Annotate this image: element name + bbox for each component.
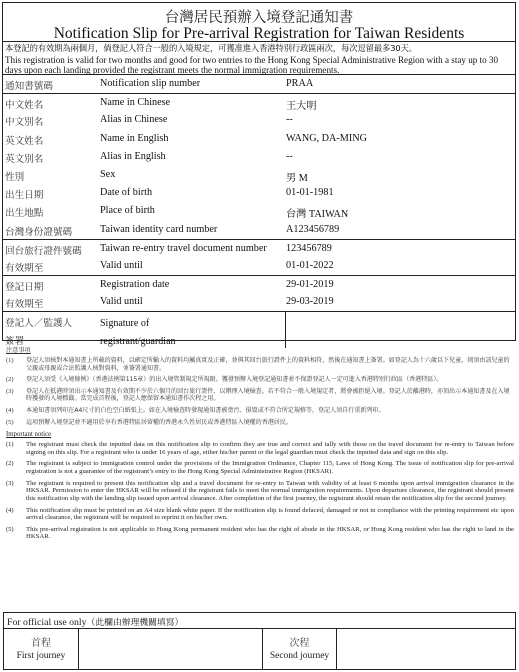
label-zh: 台灣身份證號碼	[5, 224, 72, 238]
label-zh: 回台旅行證件號碼	[5, 243, 82, 257]
label-en: Notification slip number	[100, 78, 200, 89]
first-journey-zh: 首程	[4, 634, 78, 649]
intro-english: This registration is valid for two month…	[5, 55, 513, 75]
note-text: The registrant is subject to immigration…	[26, 460, 514, 474]
row-reentry-document: 回台旅行證件號碼 Taiwan re-entry travel document…	[3, 239, 515, 257]
sex-value: 男 M	[286, 169, 308, 184]
note-item: (5)這項預辦入境登記並不適用於享有香港特區居留權的香港永久性居民或香港特區入境…	[6, 419, 514, 427]
note-number: (5)	[6, 419, 13, 427]
slip-number-value: PRAA	[286, 78, 313, 89]
id-card-value: A123456789	[286, 224, 339, 235]
label-en: Sex	[100, 169, 115, 180]
note-number: (2)	[6, 460, 14, 467]
notes-list-chinese: (1)登記人須核對本通知書上所載的資料，以確定所輸入的資料均屬真實及正確，並與其…	[6, 357, 514, 426]
row-registration-date: 登記日期 Registration date 29-01-2019	[3, 275, 515, 293]
notes-heading-chinese: 注意事項	[6, 345, 514, 354]
row-alias-english: 英文別名 Alias in English --	[3, 148, 515, 166]
note-number: (1)	[6, 357, 13, 365]
note-item: (3)登記人在抵港時須出示本通知書及有效期不少於六個月的回台旅行證件，以辦理入境…	[6, 388, 514, 403]
first-journey-field	[79, 629, 263, 670]
note-number: (5)	[6, 526, 14, 533]
label-en: Date of birth	[100, 187, 152, 198]
validity-intro: 本登記的有效期為兩個月，倘登記人符合一般的入境規定，可獲准進入香港特別行政區兩次…	[3, 41, 515, 75]
label-zh: 出生日期	[5, 187, 43, 201]
official-heading-en: For official use only	[7, 617, 87, 628]
form-title-chinese: 台灣居民預辦入境登記通知書	[3, 6, 515, 27]
first-journey-en: First journey	[4, 651, 78, 661]
label-en: Valid until	[100, 260, 143, 271]
label-en: Taiwan identity card number	[100, 224, 217, 235]
note-number: (4)	[6, 407, 13, 415]
row-date-of-birth: 出生日期 Date of birth 01-01-1981	[3, 184, 515, 202]
note-text: 本通知書須列印在A4尺寸的白色空白紙張上。如在入境檢查時發現通知書被塗污、損毀或…	[26, 407, 384, 414]
note-item: (1)The registrant must check the inputte…	[6, 441, 514, 456]
notes-section: 注意事項 (1)登記人須核對本通知書上所載的資料，以確定所輸入的資料均屬真實及正…	[6, 345, 514, 545]
alias-chinese-value: --	[286, 114, 293, 125]
row-slip-number: 通知書號碼 Notification slip number PRAA	[3, 75, 515, 93]
note-text: 登記人在抵港時須出示本通知書及有效期不少於六個月的回台旅行證件，以辦理入境檢查。…	[26, 388, 510, 403]
label-zh: 英文姓名	[5, 133, 43, 147]
note-item: (2)登記人須受《入境條例》（香港法例第115章）的出入境管制規定所規限。獲發預…	[6, 376, 514, 384]
row-id-card: 台灣身份證號碼 Taiwan identity card number A123…	[3, 221, 515, 239]
intro-chinese: 本登記的有效期為兩個月，倘登記人符合一般的入境規定，可獲准進入香港特別行政區兩次…	[5, 43, 513, 54]
label-en: Alias in Chinese	[100, 114, 167, 125]
first-journey-label: 首程 First journey	[4, 629, 79, 670]
label-zh: 中文姓名	[5, 97, 43, 111]
second-journey-en: Second journey	[263, 651, 336, 661]
note-item: (5)This pre-arrival registration is not …	[6, 526, 514, 541]
note-number: (4)	[6, 507, 14, 514]
row-signature: 登記人／監護人 簽署 Signature of registrant/guard…	[3, 311, 515, 348]
official-heading-zh: （此欄由辦理機關填寫）	[87, 618, 184, 628]
label-zh: 性別	[5, 169, 24, 183]
second-journey-label: 次程 Second journey	[263, 629, 337, 670]
note-text: The registrant is required to present th…	[26, 480, 514, 502]
note-item: (4)本通知書須列印在A4尺寸的白色空白紙張上。如在入境檢查時發現通知書被塗污、…	[6, 407, 514, 415]
note-item: (2)The registrant is subject to immigrat…	[6, 460, 514, 475]
note-item: (1)登記人須核對本通知書上所載的資料，以確定所輸入的資料均屬真實及正確，並與其…	[6, 357, 514, 372]
row-sex: 性別 Sex 男 M	[3, 166, 515, 184]
label-en: Registration date	[100, 279, 169, 290]
row-place-of-birth: 出生地點 Place of birth 台灣 TAIWAN	[3, 202, 515, 220]
reentry-document-value: 123456789	[286, 243, 332, 254]
name-english-value: WANG, DA-MING	[286, 133, 367, 144]
official-use-cells: 首程 First journey 次程 Second journey	[4, 629, 515, 670]
registration-form: 台灣居民預辦入境登記通知書 Notification Slip for Pre-…	[2, 2, 516, 341]
registration-date-value: 29-01-2019	[286, 279, 334, 290]
label-zh: 有效期至	[5, 296, 43, 310]
alias-english-value: --	[286, 151, 293, 162]
signature-field[interactable]	[285, 312, 515, 348]
label-zh: 登記日期	[5, 279, 43, 293]
label-en: Place of birth	[100, 205, 155, 216]
label-en: Taiwan re-entry travel document number	[100, 243, 267, 254]
note-number: (2)	[6, 376, 13, 384]
field-table: 通知書號碼 Notification slip number PRAA 中文姓名…	[3, 75, 515, 348]
label-zh: 中文別名	[5, 114, 43, 128]
notes-list-english: (1)The registrant must check the inputte…	[6, 441, 514, 540]
registration-valid-value: 29-03-2019	[286, 296, 334, 307]
row-name-chinese: 中文姓名 Name in Chinese 王大明	[3, 93, 515, 111]
official-use-box: For official use only（此欄由辦理機關填寫） 首程 Firs…	[3, 612, 516, 670]
note-item: (4)This notification slip must be printe…	[6, 507, 514, 522]
row-alias-chinese: 中文別名 Alias in Chinese --	[3, 111, 515, 129]
name-chinese-value: 王大明	[286, 97, 317, 112]
label-zh: 英文別名	[5, 151, 43, 165]
note-item: (3)The registrant is required to present…	[6, 480, 514, 502]
label-zh: 通知書號碼	[5, 78, 53, 92]
note-text: 這項預辦入境登記並不適用於享有香港特區居留權的香港永久性居民或香港特區入境權的香…	[26, 419, 292, 426]
label-en: Alias in English	[100, 151, 166, 162]
reentry-valid-value: 01-01-2022	[286, 260, 334, 271]
signature-label-en-line1: Signature of	[100, 315, 176, 333]
note-number: (1)	[6, 441, 14, 448]
note-text: 登記人須核對本通知書上所載的資料，以確定所輸入的資料均屬真實及正確，並與其回台旅…	[26, 357, 510, 372]
dob-value: 01-01-1981	[286, 187, 334, 198]
pob-value: 台灣 TAIWAN	[286, 205, 348, 220]
official-use-heading: For official use only（此欄由辦理機關填寫）	[4, 613, 515, 629]
label-zh: 出生地點	[5, 205, 43, 219]
note-number: (3)	[6, 480, 14, 487]
second-journey-field	[337, 629, 515, 670]
row-name-english: 英文姓名 Name in English WANG, DA-MING	[3, 130, 515, 148]
label-en: Name in Chinese	[100, 97, 170, 108]
second-journey-zh: 次程	[263, 634, 336, 649]
label-en: Name in English	[100, 133, 168, 144]
note-text: The registrant must check the inputted d…	[26, 441, 514, 455]
row-registration-valid-until: 有效期至 Valid until 29-03-2019	[3, 293, 515, 311]
notes-heading-english: Important notice	[6, 431, 514, 438]
signature-label-zh-line1: 登記人／監護人	[5, 315, 72, 333]
note-text: This notification slip must be printed o…	[26, 507, 514, 521]
note-text: This pre-arrival registration is not app…	[26, 526, 514, 540]
row-reentry-valid-until: 有效期至 Valid until 01-01-2022	[3, 257, 515, 275]
label-en: Valid until	[100, 296, 143, 307]
note-text: 登記人須受《入境條例》（香港法例第115章）的出入境管制規定所規限。獲發預辦入境…	[26, 376, 442, 383]
label-zh: 有效期至	[5, 260, 43, 274]
note-number: (3)	[6, 388, 13, 396]
